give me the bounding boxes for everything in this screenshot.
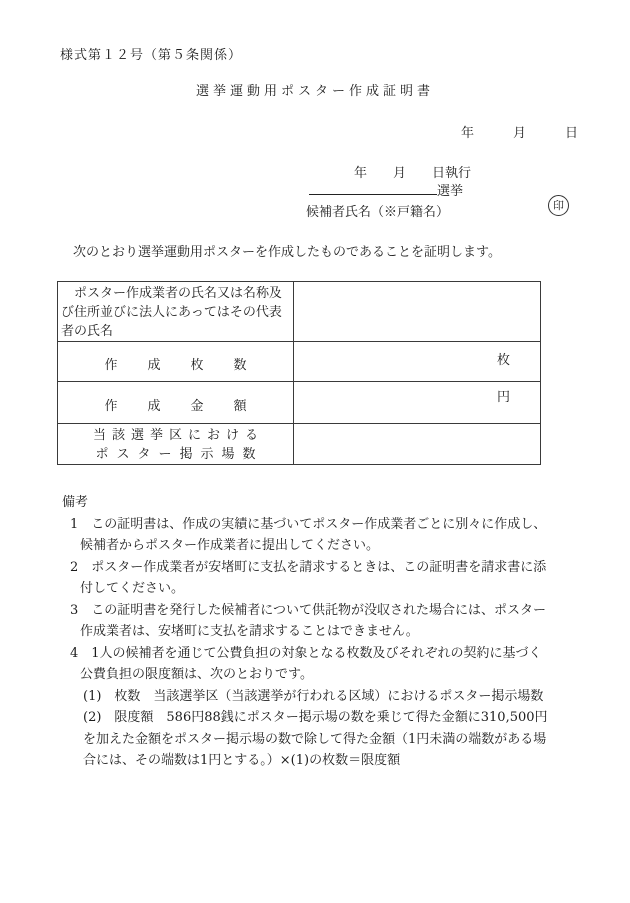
remark-item-4: 4 1人の候補者を通じて公費負担の対象となる枚数及びそれぞれの契約に基づく 公費… [80, 643, 580, 686]
board-count-label-line2: ポスター掲示場数 [95, 447, 263, 462]
sheet-count-value-cell: 枚 [294, 342, 541, 382]
table-row-maker-info: ポスター作成業者の氏名又は名称及 び住所並びに法人にあってはその代表 者の氏名 [58, 282, 541, 342]
remark-subitem-1: (1) 枚数 当該選挙区（当該選挙が行われる区域）におけるポスター掲示場数 [83, 686, 585, 708]
sheet-count-unit: 枚 [497, 353, 510, 368]
board-count-label-cell: 当該選挙区における ポスター掲示場数 [58, 424, 294, 465]
amount-label-cell: 作成金額 [58, 382, 294, 424]
amount-label: 作成金額 [104, 399, 276, 414]
inkan-seal-icon: 印 [548, 195, 569, 216]
remarks-section: 備考 1 この証明書は、作成の実績に基づいてポスター作成業者ごとに別々に作成し、… [0, 492, 630, 772]
table-row-amount: 作成金額 円 [58, 382, 541, 424]
board-count-value [294, 424, 540, 426]
maker-info-value-cell [294, 282, 541, 342]
certificate-document-page: 様式第１２号（第５条関係） 選挙運動用ポスター作成証明書 年 月 日 年 月 日… [0, 0, 630, 903]
election-name-blank-underline [309, 181, 437, 195]
maker-info-value [294, 282, 540, 284]
sheet-count-label: 作成枚数 [104, 358, 276, 373]
remark-item-3: 3 この証明書を発行した候補者について供託物が没収された場合には、ポスター 作成… [80, 600, 580, 643]
sheet-count-label-cell: 作成枚数 [58, 342, 294, 382]
certification-statement: 次のとおり選挙運動用ポスターを作成したものであることを証明します。 [60, 241, 501, 260]
amount-value-cell: 円 [294, 382, 541, 424]
election-suffix-label: 選挙 [437, 184, 463, 199]
certificate-table: ポスター作成業者の氏名又は名称及 び住所並びに法人にあってはその代表 者の氏名 … [57, 281, 541, 465]
election-name-line: 選挙 [309, 180, 463, 199]
remark-item-1: 1 この証明書は、作成の実績に基づいてポスター作成業者ごとに別々に作成し、 候補… [80, 514, 580, 557]
maker-info-label-cell: ポスター作成業者の氏名又は名称及 び住所並びに法人にあってはその代表 者の氏名 [58, 282, 294, 342]
amount-unit: 円 [497, 390, 510, 405]
table-row-sheet-count: 作成枚数 枚 [58, 342, 541, 382]
maker-info-label: ポスター作成業者の氏名又は名称及 び住所並びに法人にあってはその代表 者の氏名 [58, 282, 293, 341]
candidate-name-label: 候補者氏名（※戸籍名） [306, 201, 449, 220]
execution-date-line: 年 月 日執行 [354, 162, 471, 181]
issue-date-line: 年 月 日 [461, 122, 578, 141]
document-title: 選挙運動用ポスター作成証明書 [0, 80, 630, 99]
seal-character: 印 [553, 200, 564, 211]
board-count-label-line1: 当該選挙区における [93, 428, 264, 443]
remark-subitem-2: (2) 限度額 586円88銭にポスター掲示場の数を乗じて得た金額に310,50… [83, 707, 585, 772]
remarks-heading: 備考 [62, 492, 630, 514]
form-number: 様式第１２号（第５条関係） [60, 44, 242, 63]
board-count-value-cell [294, 424, 541, 465]
remark-item-2: 2 ポスター作成業者が安堵町に支払を請求するときは、この証明書を請求書に添 付し… [80, 557, 580, 600]
table-row-board-count: 当該選挙区における ポスター掲示場数 [58, 424, 541, 465]
